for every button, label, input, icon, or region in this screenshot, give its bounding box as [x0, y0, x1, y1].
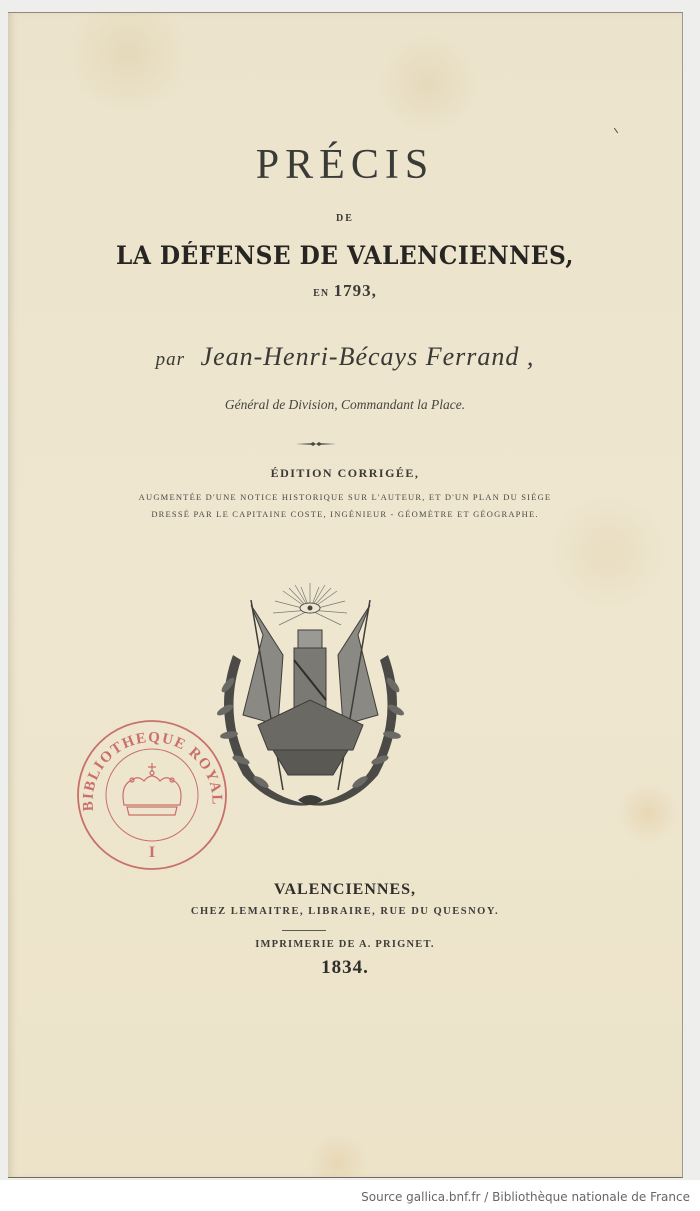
imprint-printer: IMPRIMERIE DE A. PRIGNET. — [8, 939, 682, 950]
year: 1793, — [334, 281, 377, 300]
author-name: Jean-Henri-Bécays Ferrand , — [201, 342, 535, 371]
author-line: par Jean-Henri-Bécays Ferrand , — [8, 342, 682, 372]
imprint-publisher: CHEZ LEMAITRE, LIBRAIRE, RUE DU QUESNOY. — [8, 906, 682, 917]
author-rank: Général de Division, Commandant la Place… — [8, 397, 682, 413]
emblem-engraving-icon — [203, 575, 418, 820]
svg-text:BIBLIOTHEQUE ROYALE: BIBLIOTHEQUE ROYALE — [72, 715, 225, 812]
augmentation-line-2: DRESSÉ PAR LE CAPITAINE COSTE, INGÉNIEUR… — [8, 509, 682, 519]
imprint-rule — [282, 930, 326, 931]
imprint-city: VALENCIENNES, — [8, 881, 682, 899]
author-prefix: par — [156, 349, 185, 370]
ink-speck — [614, 128, 618, 133]
augmentation-line-1: AUGMENTÉE D'UNE NOTICE HISTORIQUE SUR L'… — [8, 492, 682, 502]
library-stamp: BIBLIOTHEQUE ROYALE I — [72, 715, 232, 875]
stamp-mark: I — [149, 844, 155, 861]
main-title: LA DÉFENSE DE VALENCIENNES, — [32, 241, 659, 270]
crown-icon — [123, 763, 181, 815]
edition-label: ÉDITION CORRIGÉE, — [8, 466, 682, 481]
ornament-divider-icon — [296, 441, 336, 447]
title-page: PRÉCIS DE LA DÉFENSE DE VALENCIENNES, EN… — [8, 12, 683, 1178]
book-title: PRÉCIS — [8, 141, 682, 189]
imprint-year: 1834. — [8, 957, 682, 979]
year-prefix: EN — [313, 288, 329, 299]
year-line: EN 1793, — [8, 281, 682, 301]
source-caption: Source gallica.bnf.fr / Bibliothèque nat… — [361, 1190, 690, 1204]
stamp-text: BIBLIOTHEQUE ROYALE — [72, 715, 225, 812]
title-connector: DE — [8, 213, 682, 224]
